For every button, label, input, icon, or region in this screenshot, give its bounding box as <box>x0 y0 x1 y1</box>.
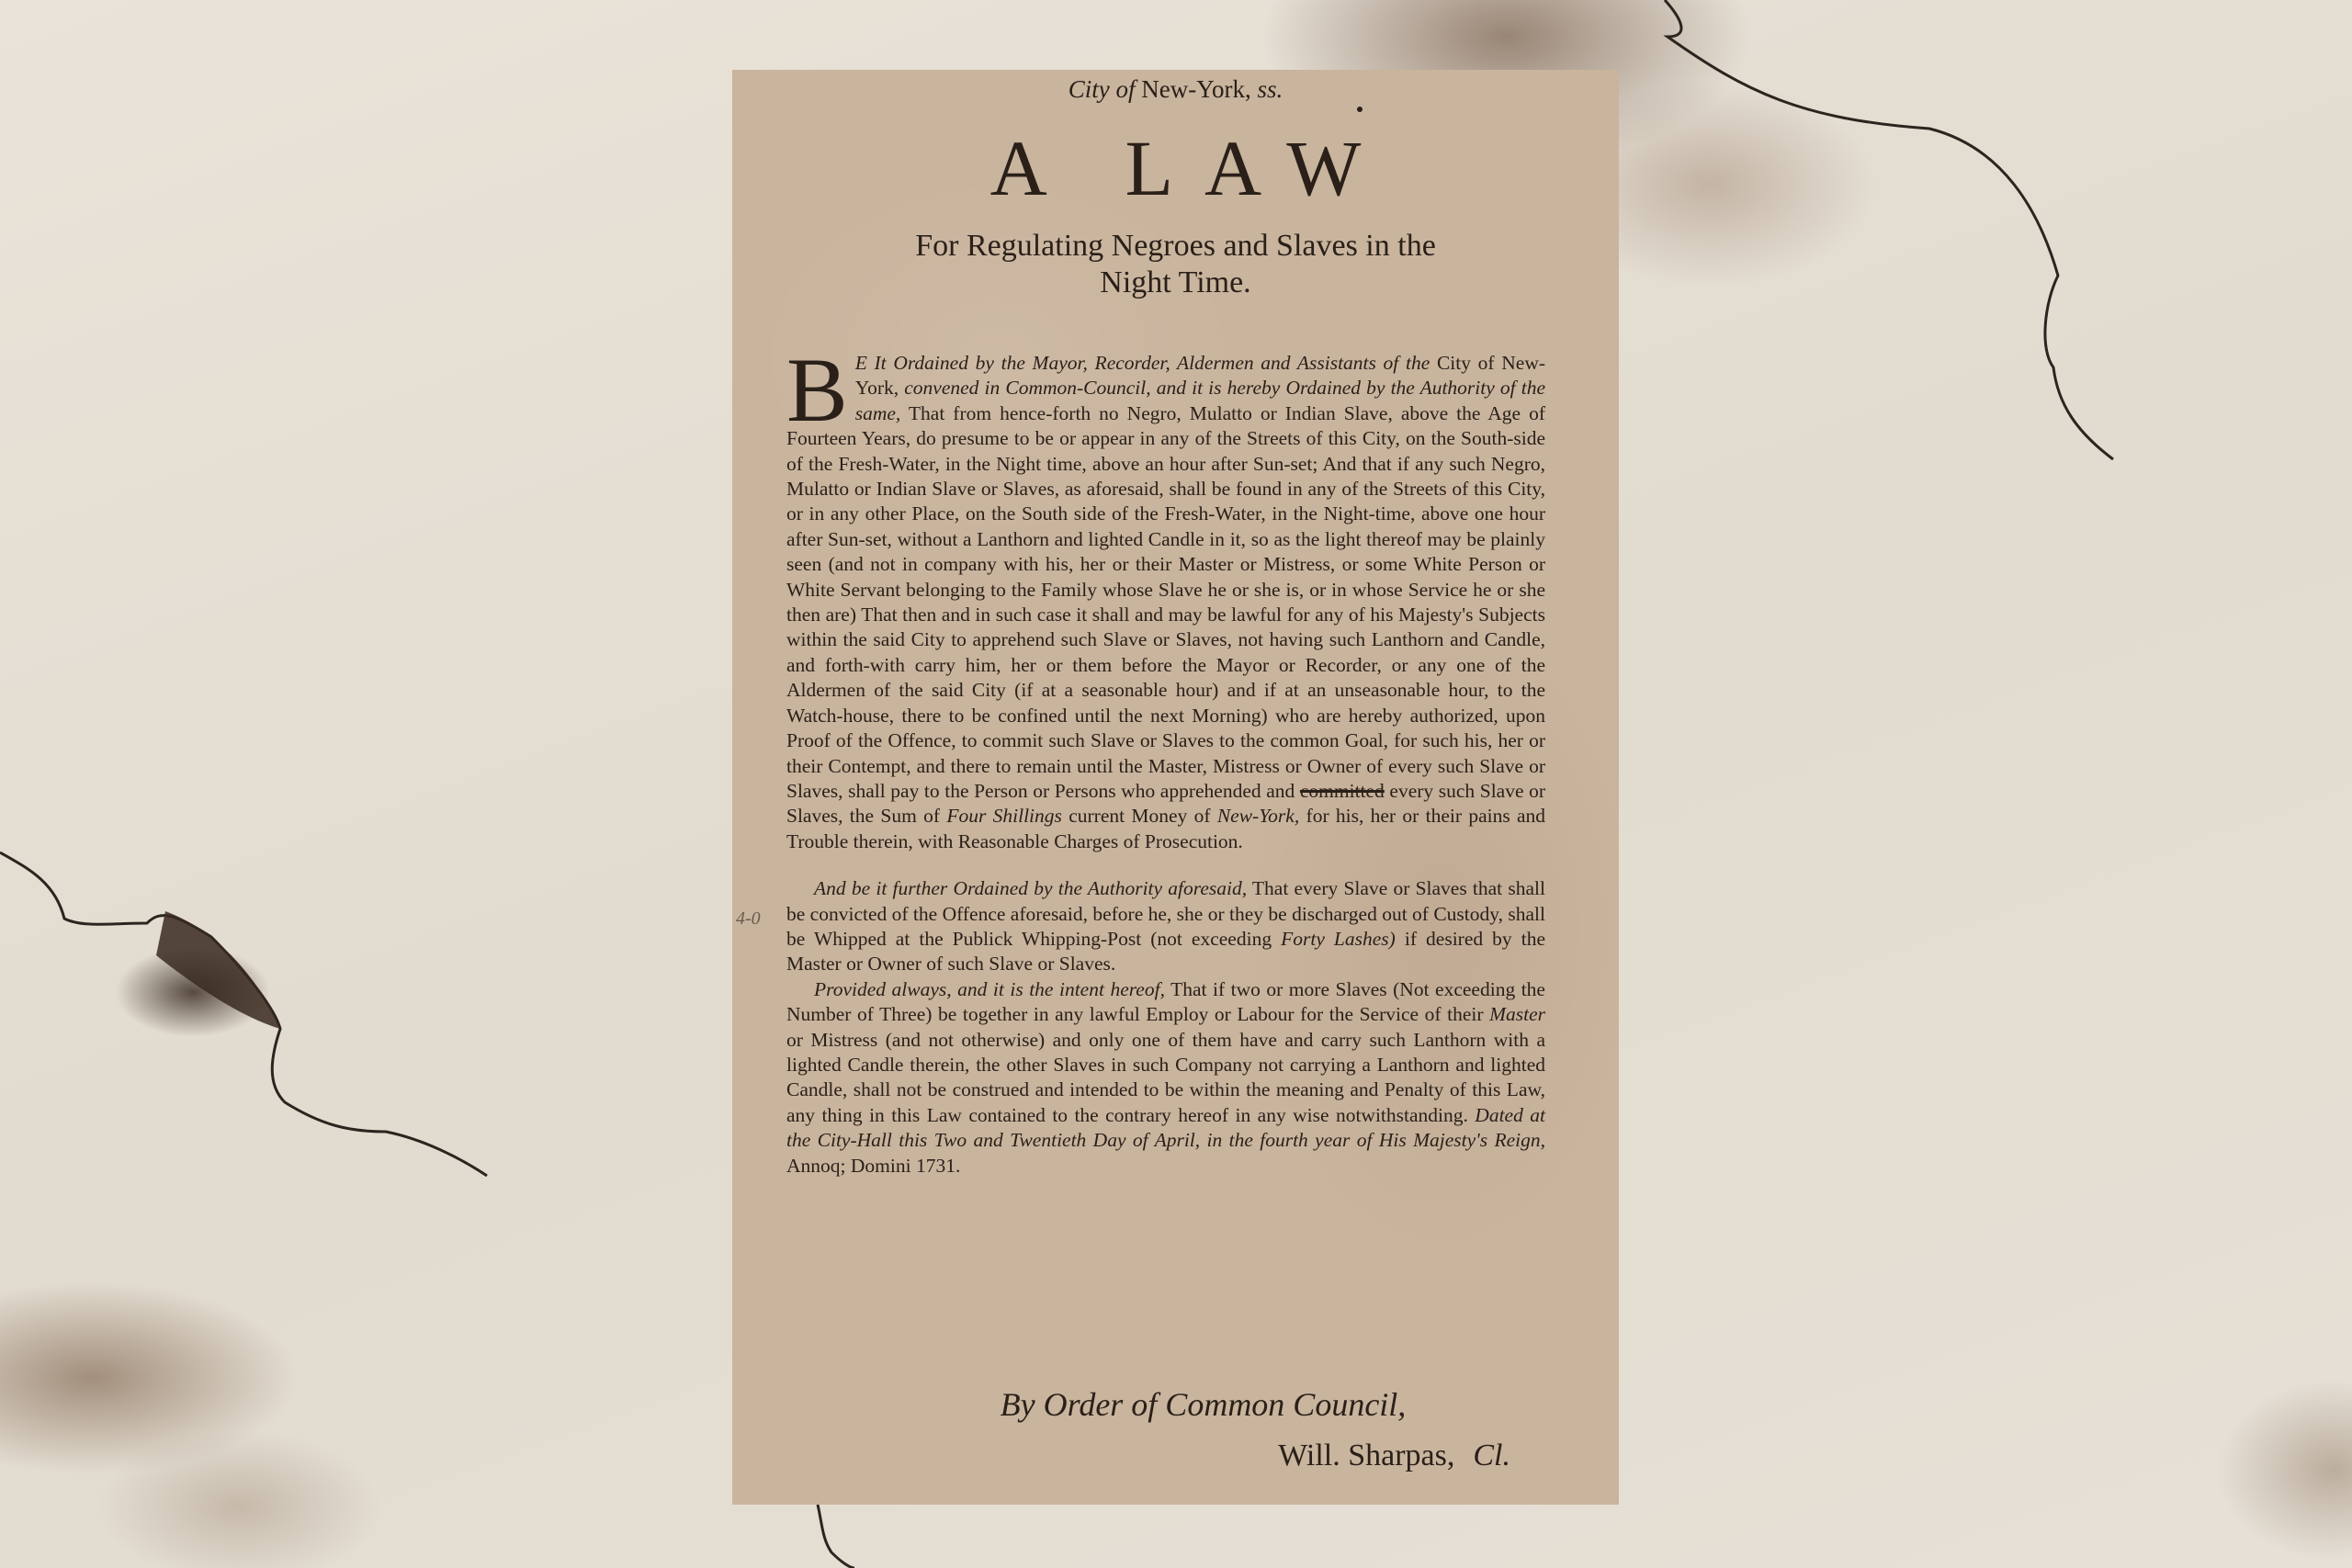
proviso-text-cont: or Mistress (and not otherwise) and only… <box>786 1029 1545 1126</box>
proviso-clause: Provided always, and it is the intent he… <box>814 978 1165 1000</box>
paragraph-punishment: And be it further Ordained by the Author… <box>786 876 1545 977</box>
ink-dot <box>1357 107 1363 112</box>
drop-cap: B <box>786 355 848 426</box>
fine-amount: Four Shillings <box>946 805 1062 827</box>
currency-city: New-York, <box>1217 805 1299 827</box>
paragraph-ordinance: B E It Ordained by the Mayor, Recorder, … <box>786 351 1545 854</box>
enacting-clause: E It Ordained by the Mayor, Recorder, Al… <box>855 352 1430 374</box>
jurisdiction-heading: City of New-York, ss. <box>732 75 1619 104</box>
year-of-lord: Annoq; Domini 1731. <box>786 1155 960 1177</box>
proviso-master: Master <box>1489 1003 1545 1025</box>
ordinance-text-cont2: current Money of <box>1069 805 1210 827</box>
order-line: By Order of Common Council, <box>732 1385 1619 1424</box>
further-ordained-clause: And be it further Ordained by the Author… <box>814 877 1247 899</box>
handwritten-margin-note: 4-0 <box>736 908 761 930</box>
subtitle-line-2: Night Time. <box>732 265 1619 301</box>
struck-word: committed <box>1300 780 1385 802</box>
signer-title: Cl. <box>1473 1438 1510 1472</box>
law-body-text: B E It Ordained by the Mayor, Recorder, … <box>786 351 1545 1179</box>
document-title: A LAW <box>732 129 1619 208</box>
signature-block: Will. Sharpas,Cl. <box>1278 1438 1510 1473</box>
ordinance-text: That from hence-forth no Negro, Mulatto … <box>786 402 1545 802</box>
lashes-limit: Forty Lashes) <box>1281 928 1396 950</box>
jurisdiction-prefix: City of <box>1069 75 1136 103</box>
jurisdiction-name: New-York, <box>1141 75 1251 103</box>
subtitle-line-1: For Regulating Negroes and Slaves in the <box>732 228 1619 265</box>
paragraph-proviso: Provided always, and it is the intent he… <box>786 977 1545 1179</box>
paragraph-gap <box>786 854 1545 876</box>
law-broadside-document: City of New-York, ss. A LAW For Regulati… <box>732 70 1619 1505</box>
signer-name: Will. Sharpas, <box>1278 1438 1454 1472</box>
document-subtitle: For Regulating Negroes and Slaves in the… <box>732 228 1619 301</box>
jurisdiction-suffix: ss. <box>1258 75 1283 103</box>
